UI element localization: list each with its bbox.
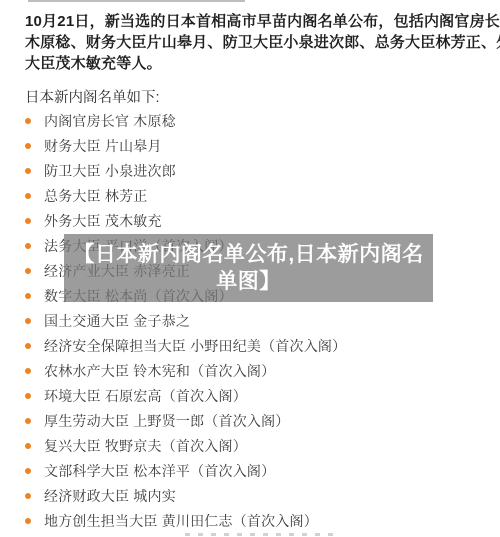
list-item: 地方创生担当大臣 黄川田仁志（首次入阁） [25, 508, 346, 533]
bullet-icon [25, 293, 31, 299]
bullet-icon [25, 268, 31, 274]
bullet-icon [25, 218, 31, 224]
bullet-icon [25, 368, 31, 374]
list-item: 外务大臣 茂木敏充 [25, 208, 346, 233]
bullet-icon [25, 143, 31, 149]
list-item: 环境大臣 石原宏高（首次入阁） [25, 383, 346, 408]
bullet-icon [25, 468, 31, 474]
bullet-icon [25, 193, 31, 199]
cabinet-list: 内阁官房长官 木原稔 财务大臣 片山皋月 防卫大臣 小泉进次郎 总务大臣 林芳正… [25, 108, 346, 533]
watermark-overlay: 【日本新内阁名单公布,日本新内阁名 单图】 [64, 234, 433, 302]
list-item: 复兴大臣 牧野京夫（首次入阁） [25, 433, 346, 458]
watermark-line-2: 单图】 [216, 268, 281, 295]
list-item-label: 外务大臣 茂木敏充 [44, 211, 162, 231]
list-item: 内阁官房长官 木原稔 [25, 108, 346, 133]
intro-line-1: 10月21日，新当选的日本首相高市早苗内阁名单公布，包括内阁官房长官 [25, 11, 485, 32]
intro-paragraph: 10月21日，新当选的日本首相高市早苗内阁名单公布，包括内阁官房长官 木原稔、财… [25, 11, 485, 74]
cut-off-line-top [28, 0, 245, 2]
bullet-icon [25, 493, 31, 499]
list-item: 国土交通大臣 金子恭之 [25, 308, 346, 333]
list-item: 厚生劳动大臣 上野贤一郎（首次入阁） [25, 408, 346, 433]
bullet-icon [25, 418, 31, 424]
list-item-label: 环境大臣 石原宏高（首次入阁） [44, 386, 247, 406]
list-item-label: 财务大臣 片山皋月 [44, 136, 162, 156]
bullet-icon [25, 518, 31, 524]
list-item: 农林水产大臣 铃木宪和（首次入阁） [25, 358, 346, 383]
bullet-icon [25, 343, 31, 349]
bullet-icon [25, 118, 31, 124]
list-item: 经济财政大臣 城内实 [25, 483, 346, 508]
bullet-icon [25, 243, 31, 249]
list-item-label: 地方创生担当大臣 黄川田仁志（首次入阁） [44, 511, 318, 531]
bullet-icon [25, 393, 31, 399]
list-item-label: 内阁官房长官 木原稔 [44, 111, 176, 131]
cut-off-text-bottom [185, 533, 333, 536]
article-page: 10月21日，新当选的日本首相高市早苗内阁名单公布，包括内阁官房长官 木原稔、财… [0, 0, 500, 537]
watermark-line-1: 【日本新内阁名单公布,日本新内阁名 [73, 241, 423, 268]
list-item-label: 厚生劳动大臣 上野贤一郎（首次入阁） [44, 411, 290, 431]
list-item-label: 经济安全保障担当大臣 小野田纪美（首次入阁） [44, 336, 346, 356]
intro-line-2: 木原稔、财务大臣片山皋月、防卫大臣小泉进次郎、总务大臣林芳正、外务 [25, 32, 485, 53]
list-item-label: 防卫大臣 小泉进次郎 [44, 161, 176, 181]
list-heading: 日本新内阁名单如下: [25, 86, 160, 107]
list-item: 防卫大臣 小泉进次郎 [25, 158, 346, 183]
list-item-label: 总务大臣 林芳正 [44, 186, 148, 206]
list-item-label: 文部科学大臣 松本洋平（首次入阁） [44, 461, 275, 481]
bullet-icon [25, 318, 31, 324]
list-item: 财务大臣 片山皋月 [25, 133, 346, 158]
list-item: 总务大臣 林芳正 [25, 183, 346, 208]
list-item: 文部科学大臣 松本洋平（首次入阁） [25, 458, 346, 483]
list-item-label: 国土交通大臣 金子恭之 [44, 311, 190, 331]
list-item: 经济安全保障担当大臣 小野田纪美（首次入阁） [25, 333, 346, 358]
intro-line-3: 大臣茂木敏充等人。 [25, 53, 485, 74]
list-item-label: 经济财政大臣 城内实 [44, 486, 176, 506]
bullet-icon [25, 168, 31, 174]
list-item-label: 复兴大臣 牧野京夫（首次入阁） [44, 436, 247, 456]
bullet-icon [25, 443, 31, 449]
list-item-label: 农林水产大臣 铃木宪和（首次入阁） [44, 361, 275, 381]
